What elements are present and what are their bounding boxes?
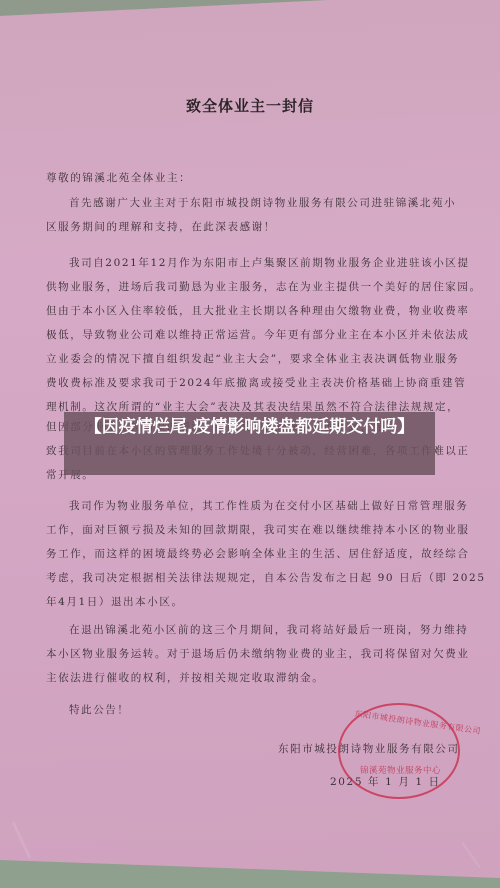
letter-line: 特此公告！	[69, 702, 130, 717]
letter-line: 我司作为物业服务单位，其工作性质为在交付小区基础上做好日常管理服务	[69, 498, 468, 513]
letter-line: 我司自2021年12月作为东阳市上卢集聚区前期物业服务企业进驻该小区提	[69, 255, 470, 270]
letter-line: 极低，导致物业公司难以维持正常运营。今年更有部分业主在本小区并未依法成	[46, 327, 470, 342]
letter-line: 区服务期间的理解和支持，在此深表感谢！	[46, 219, 276, 234]
letter-line: 首先感谢广大业主对于东阳市城投朗诗物业服务有限公司进驻锦溪北苑小	[69, 195, 456, 210]
letter-line: 本小区物业服务运转。对于退场后仍未缴纳物业费的业主，我司将保留对欠费业	[46, 646, 470, 661]
letter-line: 立业委会的情况下擅自组织发起“业主大会”，要求全体业主表决调低物业服务	[46, 351, 459, 366]
letter-line: 主依法进行催收的权利，并按相关规定收取滞纳金。	[46, 670, 324, 685]
letter-line: 工作，面对巨额亏损及未知的回款期限，我司实在难以继续维持本小区的物业服	[46, 522, 470, 537]
letter-line: 年4月1日）退出本小区。	[46, 594, 184, 609]
letter-title: 致全体业主一封信	[0, 95, 500, 116]
letter-line: 费收费标准及要求我司于2024年底撤离或接受业主表决价格基础上协商重建管	[46, 375, 466, 390]
letter-line: 务工作，而这样的困境最终势必会影响全体业主的生活、居住舒适度，故经综合	[46, 546, 470, 561]
letter-line: 在退出锦溪北苑小区前的这三个月期间，我司将站好最后一班岗，努力维持	[69, 622, 468, 637]
letter-line: 供物业服务，进场后我司勤恳为业主服务，志在为业主提供一个美好的居住家园。	[46, 279, 482, 294]
caption-text: 【因疫情烂尾,疫情影响楼盘都延期交付吗】	[64, 414, 435, 441]
letter-line: 考虑，我司决定根据相关法律法规规定，自本公告发布之日起 90 日后（即 2025	[46, 570, 486, 585]
seal-inner-text: 锦溪苑物业服务中心	[360, 764, 441, 776]
letter-line: 但由于本小区入住率较低，且大批业主长期以各种理由欠缴物业费，物业收费率	[46, 303, 470, 318]
salutation: 尊敬的锦溪北苑全体业主：	[46, 170, 191, 185]
